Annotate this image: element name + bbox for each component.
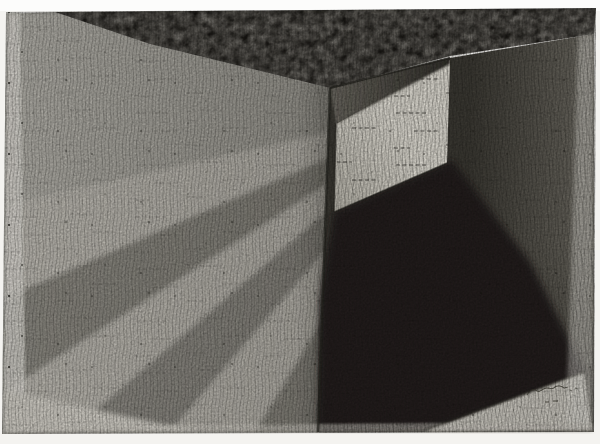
artwork-scan [0,0,600,444]
drawing-plate-group [0,0,600,444]
drawing-canvas [0,0,600,444]
grain-texture [0,0,600,444]
